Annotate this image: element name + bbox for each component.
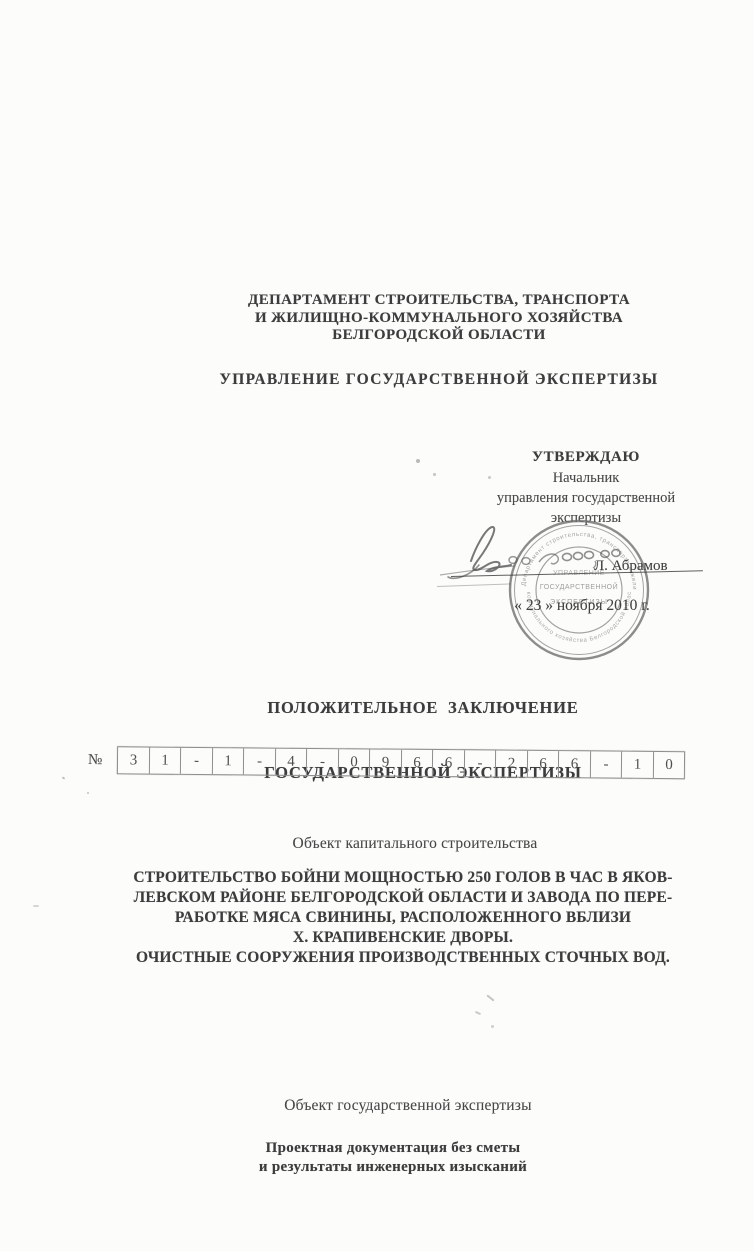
number-cell: 0	[338, 749, 370, 775]
number-cell: 9	[369, 749, 401, 775]
state-expertise-section-label: Объект государственной экспертизы	[81, 1097, 735, 1115]
construction-object-title: СТРОИТЕЛЬСТВО БОЙНИ МОЩНОСТЬЮ 250 ГОЛОВ …	[73, 868, 733, 968]
number-cell: 6	[432, 750, 464, 776]
number-cell: 3	[118, 747, 149, 773]
object-title-line-3: РАБОТКЕ МЯСА СВИНИНЫ, РАСПОЛОЖЕННОГО ВБЛ…	[73, 908, 733, 928]
number-cells-table: 3 1 - 1 - 4 - 0 9 6 6 - 2 6 6 - 1 0	[117, 746, 685, 779]
scan-speck	[486, 994, 494, 1001]
number-cell: 1	[149, 748, 181, 774]
scan-speck	[62, 776, 66, 779]
office-name: УПРАВЛЕНИЕ ГОСУДАРСТВЕННОЙ ЭКСПЕРТИЗЫ	[112, 371, 754, 389]
object-title-line-4: Х. КРАПИВЕНСКИЕ ДВОРЫ.	[73, 928, 733, 948]
expertise-line-2: и результаты инженерных изысканий	[66, 1158, 720, 1177]
capital-construction-section-label: Объект капитального строительства	[88, 835, 742, 853]
number-cell: 6	[527, 751, 559, 777]
number-cell: 6	[558, 751, 590, 777]
number-sign-label: №	[88, 752, 102, 769]
document-number-row: № 3 1 - 1 - 4 - 0 9 6 6 - 2 6 6 - 1 0	[88, 746, 686, 779]
department-header: ДЕПАРТАМЕНТ СТРОИТЕЛЬСТВА, ТРАНСПОРТА И …	[112, 292, 754, 345]
number-cell: 1	[621, 752, 653, 778]
number-cell: -	[243, 748, 275, 774]
approver-position-line-2: управления государственной	[450, 488, 722, 508]
scan-speck	[433, 473, 436, 476]
scanned-document-page: ДЕПАРТАМЕНТ СТРОИТЕЛЬСТВА, ТРАНСПОРТА И …	[0, 0, 754, 1251]
number-cell: -	[180, 748, 212, 774]
number-cell: 4	[275, 749, 307, 775]
document-title-line-1: ПОЛОЖИТЕЛЬНОЕ ЗАКЛЮЧЕНИЕ	[93, 697, 753, 719]
document-title: ПОЛОЖИТЕЛЬНОЕ ЗАКЛЮЧЕНИЕ ГОСУДАРСТВЕННОЙ…	[93, 654, 753, 826]
number-cell: 2	[495, 751, 527, 777]
number-cell: 1	[212, 748, 244, 774]
expertise-line-1: Проектная документация без сметы	[66, 1139, 720, 1158]
scan-speck	[491, 1025, 494, 1028]
number-cell: -	[464, 750, 496, 776]
scan-speck	[416, 459, 420, 463]
number-cell: -	[306, 749, 338, 775]
department-line-1: ДЕПАРТАМЕНТ СТРОИТЕЛЬСТВА, ТРАНСПОРТА	[112, 292, 754, 310]
object-title-line-5: ОЧИСТНЫЕ СООРУЖЕНИЯ ПРОИЗВОДСТВЕННЫХ СТО…	[73, 948, 733, 968]
scan-speck	[33, 905, 39, 907]
approve-label: УТВЕРЖДАЮ	[450, 449, 722, 466]
department-line-2: И ЖИЛИЩНО-КОММУНАЛЬНОГО ХОЗЯЙСТВА	[112, 310, 754, 328]
expertise-object-description: Проектная документация без сметы и резул…	[66, 1139, 720, 1177]
number-cell: 6	[401, 750, 433, 776]
approval-date: « 23 » ноября 2010 г.	[450, 597, 714, 615]
object-title-line-2: ЛЕВСКОМ РАЙОНЕ БЕЛГОРОДСКОЙ ОБЛАСТИ И ЗА…	[73, 888, 733, 908]
scan-speck	[475, 1011, 481, 1015]
department-line-3: БЕЛГОРОДСКОЙ ОБЛАСТИ	[112, 327, 754, 345]
number-cell: -	[590, 751, 622, 777]
scan-speck	[488, 476, 491, 479]
scan-speck	[87, 792, 89, 794]
number-cell: 0	[653, 752, 685, 778]
object-title-line-1: СТРОИТЕЛЬСТВО БОЙНИ МОЩНОСТЬЮ 250 ГОЛОВ …	[73, 868, 733, 888]
